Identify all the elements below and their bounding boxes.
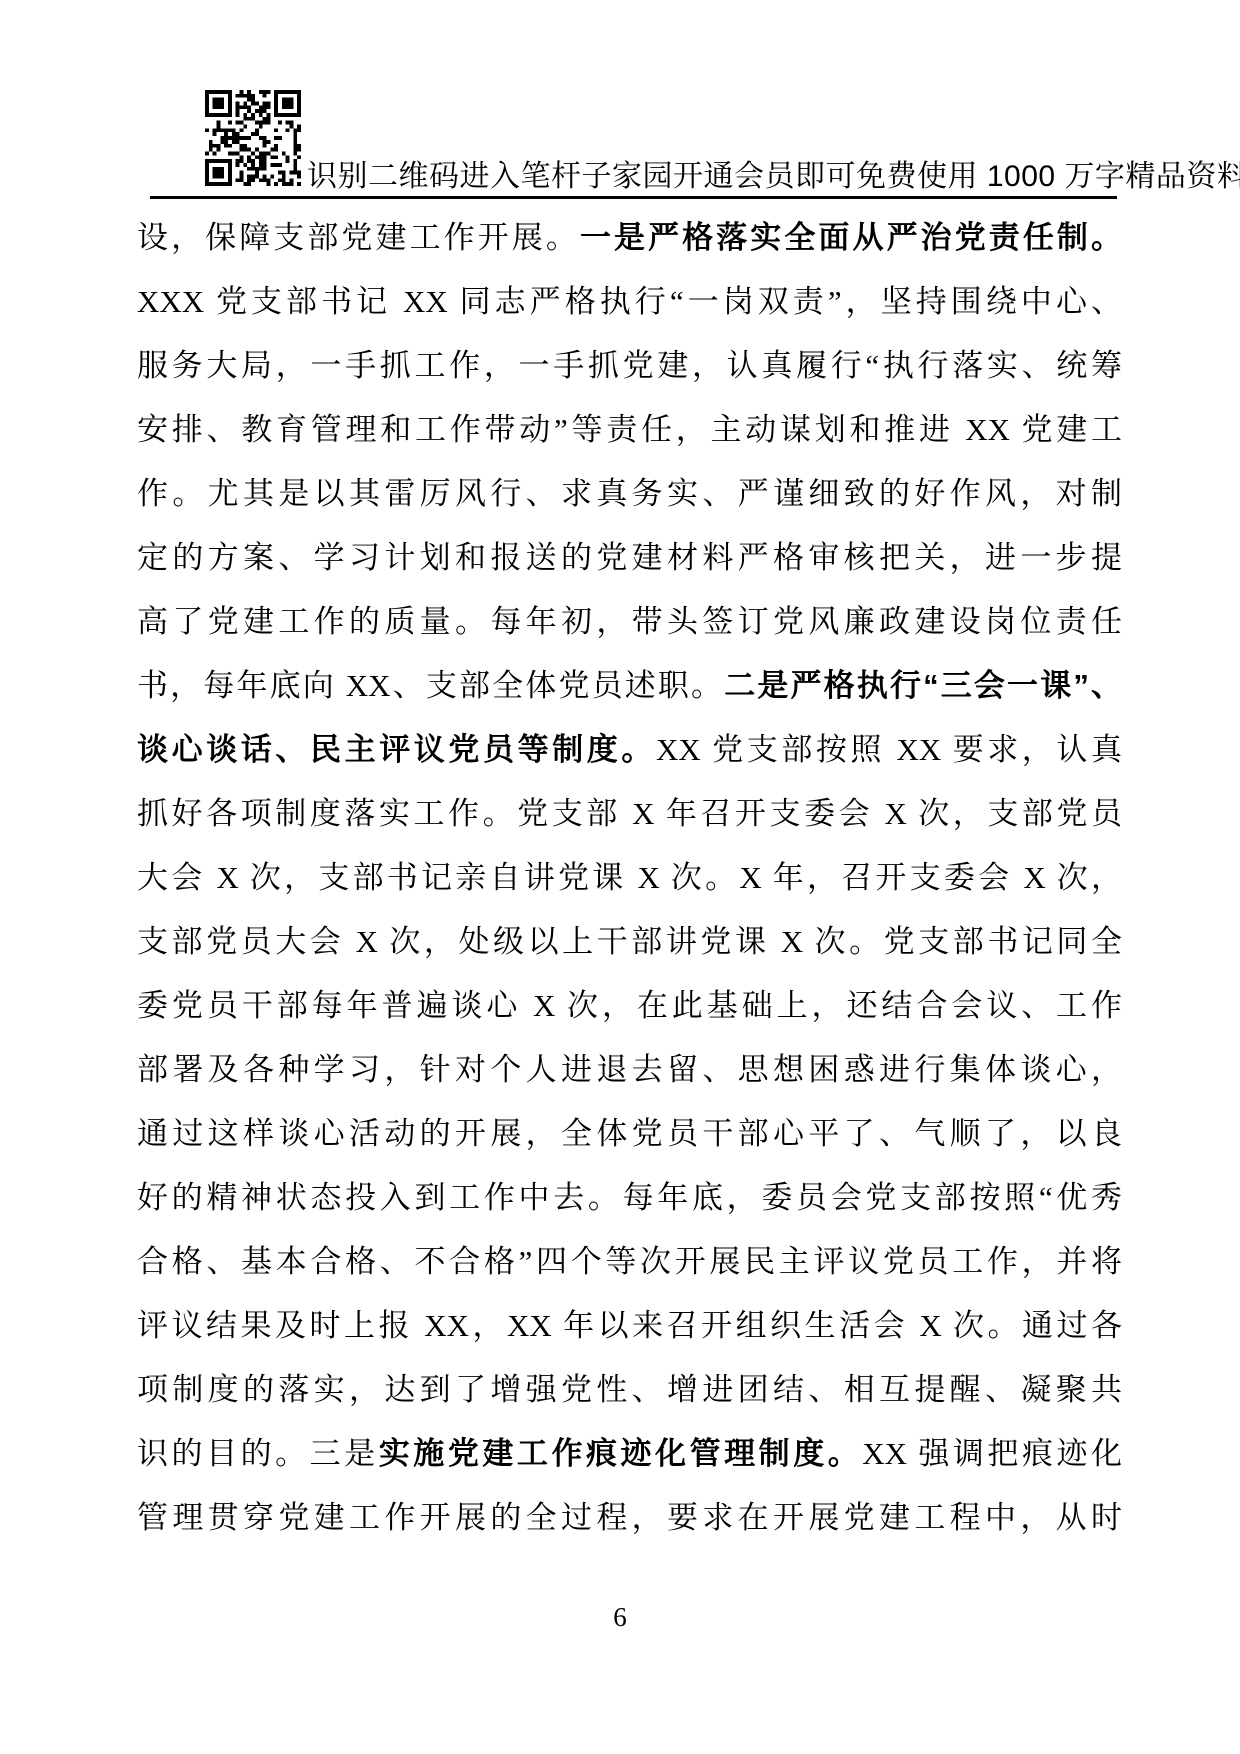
header-divider (150, 196, 1117, 199)
bold-text-run: 一是严格落实全面从严治党责任制。 (580, 220, 1122, 255)
text-run: XXX 党支部书记 XX 同志严格执行“一岗双责”，坚持围绕中心、 (137, 284, 1122, 319)
text-line: 大会 X 次，支部书记亲自讲党课 X 次。X 年，召开支委会 X 次， (137, 846, 1122, 910)
text-run: XX 党支部按照 XX 要求，认真 (656, 732, 1122, 767)
text-line: 设，保障支部党建工作开展。一是严格落实全面从严治党责任制。 (137, 206, 1122, 270)
text-run: 抓好各项制度落实工作。党支部 X 年召开支委会 X 次，支部党员 (137, 796, 1122, 831)
text-run: 大会 X 次，支部书记亲自讲党课 X 次。X 年，召开支委会 X 次， (137, 860, 1122, 895)
header-promo-text: 识别二维码进入笔杆子家园开通会员即可免费使用 1000 万字精品资料 (307, 158, 1240, 196)
text-line: 谈心谈话、民主评议党员等制度。XX 党支部按照 XX 要求，认真 (137, 718, 1122, 782)
text-line: 高了党建工作的质量。每年初，带头签订党风廉政建设岗位责任 (137, 590, 1122, 654)
bold-text-run: 实施党建工作痕迹化管理制度。 (379, 1436, 863, 1471)
text-run: 管理贯穿党建工作开展的全过程，要求在开展党建工程中，从时 (137, 1500, 1122, 1535)
text-line: 项制度的落实，达到了增强党性、增进团结、相互提醒、凝聚共 (137, 1358, 1122, 1422)
text-line: XXX 党支部书记 XX 同志严格执行“一岗双责”，坚持围绕中心、 (137, 270, 1122, 334)
text-run: 支部党员大会 X 次，处级以上干部讲党课 X 次。党支部书记同全 (137, 924, 1122, 959)
text-run: 设，保障支部党建工作开展。 (137, 220, 580, 255)
text-line: 通过这样谈心活动的开展，全体党员干部心平了、气顺了，以良 (137, 1102, 1122, 1166)
text-line: 识的目的。三是实施党建工作痕迹化管理制度。XX 强调把痕迹化 (137, 1422, 1122, 1486)
text-run: 部署及各种学习，针对个人进退去留、思想困惑进行集体谈心， (137, 1052, 1122, 1087)
page-number: 6 (0, 1602, 1240, 1633)
text-run: 安排、教育管理和工作带动”等责任，主动谋划和推进 XX 党建工 (137, 412, 1122, 447)
text-run: 好的精神状态投入到工作中去。每年底，委员会党支部按照“优秀 (137, 1180, 1122, 1215)
text-run: 评议结果及时上报 XX，XX 年以来召开组织生活会 X 次。通过各 (137, 1308, 1122, 1343)
document-body: 设，保障支部党建工作开展。一是严格落实全面从严治党责任制。XXX 党支部书记 X… (137, 206, 1122, 1550)
text-line: 评议结果及时上报 XX，XX 年以来召开组织生活会 X 次。通过各 (137, 1294, 1122, 1358)
text-run: 定的方案、学习计划和报送的党建材料严格审核把关，进一步提 (137, 540, 1122, 575)
text-run: 委党员干部每年普遍谈心 X 次，在此基础上，还结合会议、工作 (137, 988, 1122, 1023)
text-run: XX 强调把痕迹化 (862, 1436, 1122, 1471)
text-line: 合格、基本合格、不合格”四个等次开展民主评议党员工作，并将 (137, 1230, 1122, 1294)
text-line: 服务大局，一手抓工作，一手抓党建，认真履行“执行落实、统筹 (137, 334, 1122, 398)
text-run: 通过这样谈心活动的开展，全体党员干部心平了、气顺了，以良 (137, 1116, 1122, 1151)
text-run: 合格、基本合格、不合格”四个等次开展民主评议党员工作，并将 (137, 1244, 1122, 1279)
text-line: 支部党员大会 X 次，处级以上干部讲党课 X 次。党支部书记同全 (137, 910, 1122, 974)
text-run: 项制度的落实，达到了增强党性、增进团结、相互提醒、凝聚共 (137, 1372, 1122, 1407)
text-run: 高了党建工作的质量。每年初，带头签订党风廉政建设岗位责任 (137, 604, 1122, 639)
text-line: 作。尤其是以其雷厉风行、求真务实、严谨细致的好作风，对制 (137, 462, 1122, 526)
text-line: 定的方案、学习计划和报送的党建材料严格审核把关，进一步提 (137, 526, 1122, 590)
document-page: 识别二维码进入笔杆子家园开通会员即可免费使用 1000 万字精品资料 设，保障支… (0, 0, 1240, 1754)
bold-text-run: 二是严格执行“三会一课”、 (724, 668, 1122, 703)
text-line: 书，每年底向 XX、支部全体党员述职。二是严格执行“三会一课”、 (137, 654, 1122, 718)
text-line: 安排、教育管理和工作带动”等责任，主动谋划和推进 XX 党建工 (137, 398, 1122, 462)
text-run: 作。尤其是以其雷厉风行、求真务实、严谨细致的好作风，对制 (137, 476, 1122, 511)
text-line: 抓好各项制度落实工作。党支部 X 年召开支委会 X 次，支部党员 (137, 782, 1122, 846)
bold-text-run: 谈心谈话、民主评议党员等制度。 (137, 732, 656, 767)
text-line: 委党员干部每年普遍谈心 X 次，在此基础上，还结合会议、工作 (137, 974, 1122, 1038)
text-run: 服务大局，一手抓工作，一手抓党建，认真履行“执行落实、统筹 (137, 348, 1122, 383)
text-line: 好的精神状态投入到工作中去。每年底，委员会党支部按照“优秀 (137, 1166, 1122, 1230)
qr-code-icon (205, 90, 301, 186)
text-run: 识的目的。三是 (137, 1436, 379, 1471)
text-run: 书，每年底向 XX、支部全体党员述职。 (137, 668, 724, 703)
text-line: 部署及各种学习，针对个人进退去留、思想困惑进行集体谈心， (137, 1038, 1122, 1102)
text-line: 管理贯穿党建工作开展的全过程，要求在开展党建工程中，从时 (137, 1486, 1122, 1550)
